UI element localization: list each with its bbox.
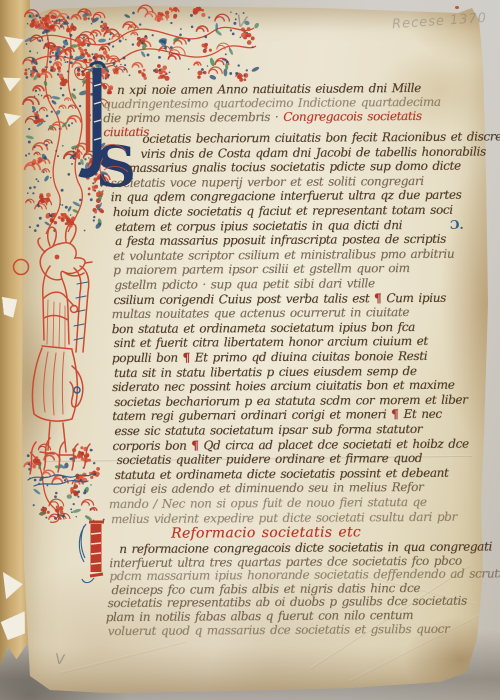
text-segment: die primo mensis decembris · — [103, 110, 283, 125]
pencil-mark-bottom: V — [54, 651, 66, 668]
text-segment: ¶ — [374, 291, 381, 305]
text-segment: bon statuta et ordinameta societatum ipi… — [112, 320, 415, 336]
text-line: corigi eis adendo et diminuendo seu in m… — [113, 481, 424, 496]
text-line: societatis voce nuperij verbor et est so… — [111, 175, 424, 190]
text-segment: tatem regi gubernari ordinari corigi et … — [112, 408, 391, 424]
text-segment: etatem et corpus ipius societatis in qua… — [115, 218, 402, 234]
text-segment: Qd circa ad placet dce societati et hoib… — [199, 436, 469, 452]
text-layer: n xpi noie amen Anno natiuitatis eiusdem… — [0, 0, 500, 700]
text-segment: corporis bon — [112, 438, 191, 453]
text-line: sint et fuerit citra libertatem honor ar… — [114, 335, 428, 350]
text-segment: Cum ipius — [381, 290, 446, 304]
text-line: bon statuta et ordinameta societatum ipi… — [112, 321, 415, 336]
text-line: mando / Nec non si opus fuit de nouo fie… — [109, 496, 427, 511]
text-segment: mando / Nec non si opus fuit de nouo fie… — [109, 495, 427, 511]
text-line: etatem et corpus ipius societatis in qua… — [115, 219, 402, 234]
text-line: massarius gnalis tocius societatis pdict… — [129, 160, 461, 175]
text-line: a festa massarius pposuit infrascripta p… — [115, 233, 446, 248]
text-segment: massarius gnalis tocius societatis pdict… — [128, 159, 460, 175]
text-segment: Et nec — [399, 407, 442, 421]
text-segment: voluerut quod q massarius dce societatis… — [108, 621, 450, 637]
text-line: voluerut quod q massarius dce societatis… — [108, 622, 450, 637]
text-line: p maiorem partem ipsor csilii et gstellm… — [113, 262, 409, 277]
text-line: gstellm pdicto · sup qua petit sibi dari… — [114, 277, 375, 292]
text-segment: Reformacio societatis etc — [171, 524, 361, 541]
text-segment: tuta sit in statu libertatis p ciues eiu… — [114, 364, 417, 380]
text-line: Reformacio societatis etc — [171, 526, 361, 540]
text-segment: viris dnis de Costa qdam dni Jacobi de t… — [140, 144, 485, 160]
text-line: societatis qualiter puidere ordinare et … — [117, 452, 423, 467]
margin-mark: Ɔ. — [450, 218, 464, 232]
text-segment: ¶ — [183, 351, 190, 365]
text-segment: multas nouitates que actenus ocurrerut i… — [112, 305, 410, 321]
text-segment: Congregacois societatis — [283, 109, 422, 124]
text-line: melius viderint expedire put dicte socie… — [111, 510, 457, 525]
text-segment: Et primo qd diuina ciuitas bonoie Resti — [190, 349, 427, 365]
text-segment: esse sic statuta societatum ipsar sub fo… — [114, 422, 422, 438]
text-segment: sint et fuerit citra libertatem honor ar… — [114, 334, 428, 350]
text-line: esse sic statuta societatum ipsar sub fo… — [114, 423, 422, 438]
manuscript-photo: S n xpi noie amen Anno natiuitatis eiusd… — [0, 0, 500, 700]
text-segment: societatis voce nuperij verbor et est so… — [111, 174, 424, 190]
red-speck — [455, 6, 459, 9]
text-segment: gstellm pdicto · sup qua petit sibi dari… — [114, 276, 375, 292]
text-segment: a festa massarius pposuit infrascripta p… — [115, 232, 446, 248]
text-line: multas nouitates que actenus ocurrerut i… — [112, 306, 410, 321]
text-segment: csilium corigendi Cuius post verba talis… — [113, 291, 374, 307]
text-segment: populli bon — [112, 351, 183, 365]
text-segment: societatis qualiter puidere ordinare et … — [117, 451, 423, 467]
text-line: die primo mensis decembris · Congregacoi… — [103, 110, 422, 125]
text-segment: corigi eis adendo et diminuendo seu in m… — [113, 480, 424, 496]
text-segment: hoium dicte societatis q faciut et repre… — [113, 203, 453, 219]
text-segment: melius viderint expedire put dicte socie… — [111, 509, 457, 525]
text-segment: p maiorem partem ipsor csilii et gstellm… — [113, 261, 409, 277]
text-line: tuta sit in statu libertatis p ciues eiu… — [114, 365, 417, 380]
text-segment: siderato nec possint hoies arcium ciuita… — [112, 378, 454, 394]
